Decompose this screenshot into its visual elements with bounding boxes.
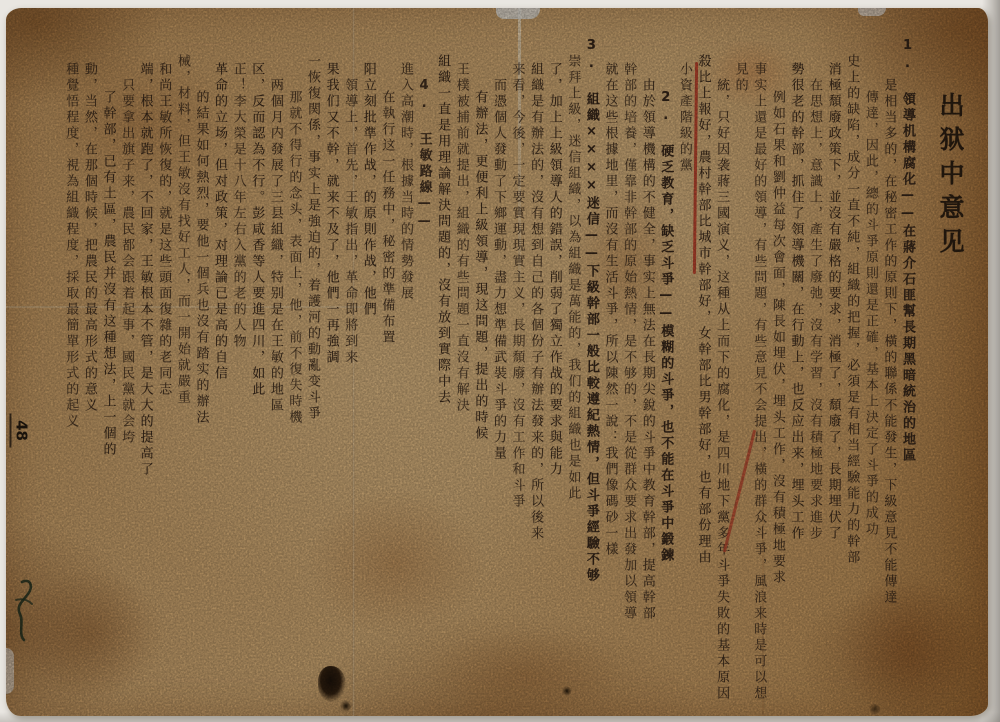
text-column: 是相当多的，在秘密工作的原則下，橫的聯係不能發生，下級意見不能傳達 — [879, 32, 898, 704]
torn-edge-patch — [496, 8, 540, 19]
text-column: 在執行这一任務中，秘密的準備布置 — [377, 32, 396, 704]
text-column: 正！李大榮是十八年左右入黨的老的人物 — [228, 32, 247, 704]
text-column: 事实上還是最好的領導，有些問題，有些意見不会提出，橫的群众斗爭，風浪来時是可以想… — [730, 32, 767, 704]
text-column: 革命的立场，但对政策，对理論已是高的自信 — [209, 32, 228, 704]
section-heading-column: 4. 王敏路線—— — [414, 32, 433, 704]
text-column: 領導上，首先，王敏指出，革命即將到来 — [340, 32, 359, 704]
text-column: 統，只好因袭蔣三國演义，这種从上而下的腐化，是四川地下黨多年斗爭失敗的基本原因 — [711, 32, 730, 704]
text-column: 只要拿出旗子来，農民都会跟着起事，國民黨就会垮 — [116, 32, 135, 704]
text-column: 種覺悟程度，視為組織程度，採取最簡單形式的起义 — [61, 32, 80, 704]
ink-scribble-mark — [8, 576, 44, 646]
text-column: 組織是有辦法的，沒有想到自己的各個份子有辦法發来的，所以後来 — [526, 32, 545, 704]
text-column: 由於領導機構的不健全，事实上無法在長期尖銳的斗爭中教育幹部，提高幹部 — [637, 32, 656, 704]
text-column: 傳達，因此，總的斗爭原則還是正確，基本上決定了斗爭的成功 — [860, 32, 879, 704]
text-column: 械，材料，但王敏沒有找好工人，而一開始就嚴重 — [172, 32, 191, 704]
text-column: 勢很老的幹部，抓住了領導機關，在行動上，也反应出来，埋头工作 — [786, 32, 805, 704]
text-column: 了幹部，已有土區，農民并沒有这種想法，上一個的 — [98, 32, 117, 704]
ink-dot — [868, 704, 882, 714]
text-column: 王樸被捕前就提出，組織的有些問題一直沒有解決 — [451, 32, 470, 704]
text-column: 阳立刻批準作战，的原則作战，他們 — [358, 32, 377, 704]
text-column: 和尚王敏所恢復的，就是这些頭面復雜的老同志 — [154, 32, 173, 704]
text-column: 那就不得行的念头，表面上，他，前不復失時機 — [284, 32, 303, 704]
torn-edge-patch — [6, 648, 14, 694]
text-column: 端，根本就跑了，不回家，王敏根本不管，是大大的提高了 — [135, 32, 154, 704]
torn-edge-patch — [858, 8, 886, 16]
text-column: 小資產階級的黨 — [674, 32, 693, 704]
text-column: 来看，今後，一定要實現現實主义，長期頹廢，沒有工作和斗爭 — [507, 32, 526, 704]
text-column: 区，反而認為不行。彭咸香等人要進四川，如此 — [247, 32, 266, 704]
page-title: 出狱中意见 — [932, 92, 968, 262]
text-column: 動，当然，在那個時候，把農民的最高形式的意义 — [79, 32, 98, 704]
text-column: 消極頹廢政策下，並沒有嚴格的要求，消極了，頹廢了，長期埋伏了 — [823, 32, 842, 704]
text-column: 就在这些根據地里，而沒有生活斗爭，所以陳然一說：我們像碼砂一樣 — [600, 32, 619, 704]
text-column: 在思想上，意識上，產生了廢弛，沒有学習，沒有積極地要求進步 — [804, 32, 823, 704]
text-column: 崇拜上級，迷信組織，以為組織是萬能的，我们的組織也是如此 — [563, 32, 582, 704]
text-column: 組織一直是用理論解決問題的，沒有放到實際中去 — [433, 32, 452, 704]
text-column: 果我们又不幹，就来不及了，他們一再強調 — [321, 32, 340, 704]
text-column: 的結果如何熱烈，要他一個兵也沒有踏实的辦法 — [191, 32, 210, 704]
section-heading-column: 1. 領導机構腐化——在蔣介石匪幫長期黑暗統治的地區 — [897, 32, 916, 704]
section-heading-column: 2. 硬乏教育，缺乏斗爭——模糊的斗爭，也不能在斗爭中鍛鍊 — [656, 32, 675, 704]
scan-background: { "document": { "title": "出狱中意见", "margi… — [0, 0, 1000, 722]
ink-blot — [318, 666, 346, 702]
text-column: 一恢復関係，事实上是強迫的，着護河的動亂变斗爭 — [302, 32, 321, 704]
ink-dot — [562, 686, 572, 696]
text-column: 了，加上上級領導人的錯誤，削弱了獨立作战的要求與能力 — [544, 32, 563, 704]
margin-page-number: 48 — [10, 414, 31, 448]
paper-sheet: 出狱中意见 1. 領導机構腐化——在蔣介石匪幫長期黑暗統治的地區是相当多的，在秘… — [6, 8, 988, 716]
text-column: 两個月内發展了三县組織，特别是在王敏的地區 — [265, 32, 284, 704]
text-columns: 1. 領導机構腐化——在蔣介石匪幫長期黑暗統治的地區是相当多的，在秘密工作的原則… — [52, 32, 916, 704]
text-column: 例如石果和劉仲益每次會面，陳長如埋伏，埋头工作，沒有積極地要求 — [767, 32, 786, 704]
section-heading-column: 3. 組織××××迷信——下級幹部一般比較遵紀熱情，但斗爭經驗不够 — [581, 32, 600, 704]
text-column: 進入高潮時，根據当時的情勢發展 — [395, 32, 414, 704]
text-column: 而憑個人發動了下鄉運動，盡力想準備武裝斗爭的力量 — [488, 32, 507, 704]
text-column: 史上的缺陷，成分一直不純，組織的把握，必須是有相当經驗能力的幹部 — [842, 32, 861, 704]
ink-dot — [340, 700, 352, 712]
text-column: 有辦法，更便利上級領導，現这問題，提出的時候 — [470, 32, 489, 704]
text-column: 幹部的培養，僅靠非幹部的原始熱情，是不够的，不是從群众要求出發加以領導 — [619, 32, 638, 704]
